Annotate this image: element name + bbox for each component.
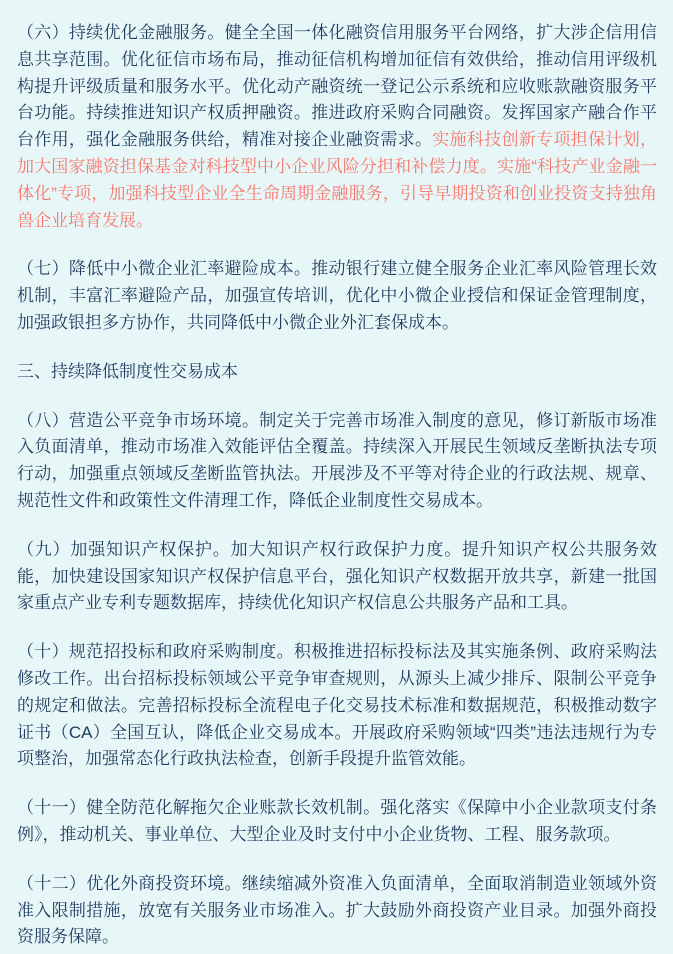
text-segment: （十二）优化外商投资环境。继续缩减外资准入负面清单，全面取消制造业领域外资准入限… bbox=[17, 874, 657, 947]
paragraph: （十一）健全防范化解拖欠企业账款长效机制。强化落实《保障中小企业款项支付条例》，… bbox=[17, 795, 657, 849]
text-segment: 三、持续降低制度性交易成本 bbox=[17, 362, 238, 381]
paragraph: （七）降低中小微企业汇率避险成本。推动银行建立健全服务企业汇率风险管理长效机制，… bbox=[17, 256, 657, 336]
paragraph: （十）规范招投标和政府采购制度。积极推进招标投标法及其实施条例、政府采购法修改工… bbox=[17, 639, 657, 773]
text-segment: （十）规范招投标和政府采购制度。积极推进招标投标法及其实施条例、政府采购法修改工… bbox=[17, 642, 657, 768]
paragraph: （六）持续优化金融服务。健全全国一体化融资信用服务平台网络，扩大涉企信用信息共享… bbox=[17, 20, 657, 234]
paragraph: （八）营造公平竞争市场环境。制定关于完善市场准入制度的意见，修订新版市场准入负面… bbox=[17, 408, 657, 515]
text-segment: （十一）健全防范化解拖欠企业账款长效机制。强化落实《保障中小企业款项支付条例》，… bbox=[17, 798, 657, 844]
document-body: （六）持续优化金融服务。健全全国一体化融资信用服务平台网络，扩大涉企信用信息共享… bbox=[0, 0, 673, 954]
text-segment: （七）降低中小微企业汇率避险成本。推动银行建立健全服务企业汇率风险管理长效机制，… bbox=[17, 259, 657, 332]
paragraph: （九）加强知识产权保护。加大知识产权行政保护力度。提升知识产权公共服务效能，加快… bbox=[17, 537, 657, 617]
text-segment: （九）加强知识产权保护。加大知识产权行政保护力度。提升知识产权公共服务效能，加快… bbox=[17, 540, 657, 613]
text-segment: （八）营造公平竞争市场环境。制定关于完善市场准入制度的意见，修订新版市场准入负面… bbox=[17, 411, 657, 510]
paragraph: （十二）优化外商投资环境。继续缩减外资准入负面清单，全面取消制造业领域外资准入限… bbox=[17, 871, 657, 951]
section-heading: 三、持续降低制度性交易成本 bbox=[17, 359, 657, 386]
